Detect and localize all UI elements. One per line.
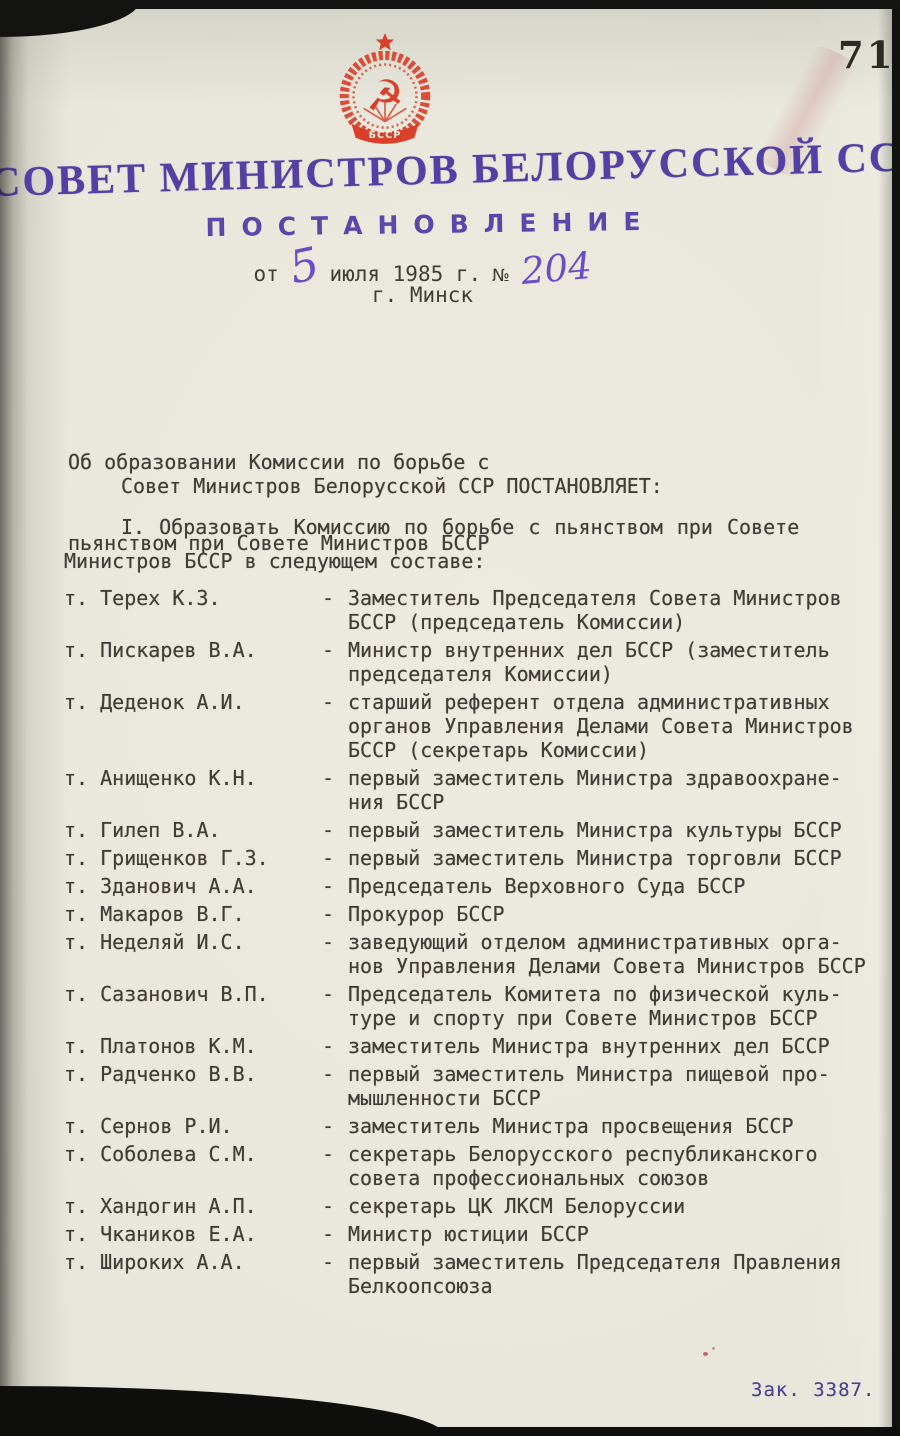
member-role-line: первый заместитель Министра культуры БСС…: [348, 818, 888, 842]
member-role: старший референт отдела административных…: [348, 690, 888, 762]
member-role: Председатель Комитета по физической куль…: [348, 982, 888, 1030]
dash-separator: -: [322, 846, 348, 870]
member-role-line: Председатель Верховного Суда БССР: [348, 874, 888, 898]
dash-separator: -: [322, 1222, 348, 1246]
member-row: т. Сернов Р.И.-заместитель Министра прос…: [64, 1114, 888, 1138]
member-row: т. Анищенко К.Н.-первый заместитель Мини…: [64, 766, 888, 814]
dash-separator: -: [322, 766, 348, 790]
member-row: т. Хандогин А.П.-секретарь ЦК ЛКСМ Белор…: [64, 1194, 888, 1218]
member-row: т. Гилеп В.А.-первый заместитель Министр…: [64, 818, 888, 842]
member-row: т. Грищенков Г.З.-первый заместитель Мин…: [64, 846, 888, 870]
member-name: т. Гилеп В.А.: [64, 818, 322, 842]
member-role-line: органов Управления Делами Совета Министр…: [348, 714, 888, 738]
ribbon-label: БССР: [369, 130, 402, 141]
member-name: т. Радченко В.В.: [64, 1062, 322, 1086]
member-role-line: секретарь Белорусского республиканского: [348, 1142, 888, 1166]
member-row: т. Широких А.А.-первый заместитель Предс…: [64, 1250, 888, 1298]
member-row: т. Чкаников Е.А.-Министр юстиции БССР: [64, 1222, 888, 1246]
member-name: т. Пискарев В.А.: [64, 638, 322, 662]
hammer-sickle-icon: ☭: [366, 71, 404, 121]
member-role: заместитель Министра внутренних дел БССР: [348, 1034, 888, 1058]
member-role-line: нов Управления Делами Совета Министров Б…: [348, 954, 888, 978]
member-role: заведующий отделом административных орга…: [348, 930, 888, 978]
member-role: первый заместитель Министра торговли БСС…: [348, 846, 888, 870]
member-name: т. Макаров В.Г.: [64, 902, 322, 926]
member-row: т. Макаров В.Г.-Прокурор БССР: [64, 902, 888, 926]
member-name: т. Грищенков Г.З.: [64, 846, 322, 870]
scan-edge-right: [892, 0, 900, 1436]
member-role: первый заместитель Министра культуры БСС…: [348, 818, 888, 842]
subject-line-1: Об образовании Комиссии по борьбе с: [68, 449, 489, 476]
member-role: первый заместитель Председателя Правлени…: [348, 1250, 888, 1298]
member-role-line: секретарь ЦК ЛКСМ Белоруссии: [348, 1194, 888, 1218]
member-name: т. Сазанович В.П.: [64, 982, 322, 1006]
dash-separator: -: [322, 1062, 348, 1086]
member-name: т. Терех К.З.: [64, 586, 322, 610]
member-role-line: первый заместитель Министра пищевой про-: [348, 1062, 888, 1086]
member-name: т. Анищенко К.Н.: [64, 766, 322, 790]
dash-separator: -: [322, 1114, 348, 1138]
member-role-line: туре и спорту при Совете Министров БССР: [348, 1006, 888, 1030]
member-role-line: ния БССР: [348, 790, 888, 814]
member-role-line: первый заместитель Министра здравоохране…: [348, 766, 888, 790]
member-name: т. Хандогин А.П.: [64, 1194, 322, 1218]
member-role-line: Председатель Комитета по физической куль…: [348, 982, 888, 1006]
member-name: т. Деденок А.И.: [64, 690, 322, 714]
member-role-line: заместитель Министра просвещения БССР: [348, 1114, 888, 1138]
member-role-line: Прокурор БССР: [348, 902, 888, 926]
member-name: т. Зданович А.А.: [64, 874, 322, 898]
member-role-line: первый заместитель Председателя Правлени…: [348, 1250, 888, 1274]
dash-separator: -: [322, 874, 348, 898]
member-role-line: БССР (секретарь Комиссии): [348, 738, 888, 762]
doc-type-title: ПОСТАНОВЛЕНИЕ: [8, 204, 853, 245]
member-role: первый заместитель Министра пищевой про-…: [348, 1062, 888, 1110]
dash-separator: -: [322, 1250, 348, 1274]
document-page: 71 ☭ БССР СОВЕТ МИНИСТРОВ БЕЛОРУССКОЙ СС…: [0, 0, 900, 1436]
member-role-line: мышленности БССР: [348, 1086, 888, 1110]
scan-edge-right-shadow: [878, 0, 892, 1436]
dash-separator: -: [322, 690, 348, 714]
item1-line1: I. Образовать Комиссию по борьбе с пьянс…: [121, 515, 799, 539]
subject-block: Об образовании Комиссии по борьбе с пьян…: [68, 395, 489, 611]
member-name: т. Сернов Р.И.: [64, 1114, 322, 1138]
member-role: Министр внутренних дел БССР (заместитель…: [348, 638, 888, 686]
dash-separator: -: [322, 902, 348, 926]
member-role-line: заместитель Министра внутренних дел БССР: [348, 1034, 888, 1058]
print-order-number: Зак. 3387.: [751, 1379, 875, 1401]
member-row: т. Пискарев В.А.-Министр внутренних дел …: [64, 638, 888, 686]
member-name: т. Широких А.А.: [64, 1250, 322, 1274]
member-role: Председатель Верховного Суда БССР: [348, 874, 888, 898]
member-name: т. Чкаников Е.А.: [64, 1222, 322, 1246]
member-role-line: Министр юстиции БССР: [348, 1222, 888, 1246]
scan-edge-left: [0, 0, 28, 1436]
member-row: т. Терех К.З.-Заместитель Председателя С…: [64, 586, 888, 634]
member-row: т. Зданович А.А.-Председатель Верховного…: [64, 874, 888, 898]
member-role-line: председателя Комиссии): [348, 662, 888, 686]
item1-line2: Министров БССР в следующем составе:: [64, 549, 485, 573]
dash-separator: -: [322, 586, 348, 610]
member-row: т. Соболева С.М.-секретарь Белорусского …: [64, 1142, 888, 1190]
member-role-line: БССР (председатель Комиссии): [348, 610, 888, 634]
dash-separator: -: [322, 1142, 348, 1166]
member-role: секретарь Белорусского республиканскогос…: [348, 1142, 888, 1190]
member-row: т. Платонов К.М.-заместитель Министра вн…: [64, 1034, 888, 1058]
red-speck: [712, 1347, 715, 1350]
member-role: заместитель Министра просвещения БССР: [348, 1114, 888, 1138]
member-name: т. Соболева С.М.: [64, 1142, 322, 1166]
resolution-clause: Совет Министров Белорусской ССР ПОСТАНОВ…: [121, 474, 663, 498]
member-row: т. Радченко В.В.-первый заместитель Мини…: [64, 1062, 888, 1110]
dash-separator: -: [322, 818, 348, 842]
member-name: т. Платонов К.М.: [64, 1034, 322, 1058]
dash-separator: -: [322, 1034, 348, 1058]
dash-separator: -: [322, 982, 348, 1006]
bssr-coat-of-arms: ☭ БССР: [329, 32, 441, 149]
member-role: Заместитель Председателя Совета Министро…: [348, 586, 888, 634]
member-role: Прокурор БССР: [348, 902, 888, 926]
member-role-line: старший референт отдела административных: [348, 690, 888, 714]
member-name: т. Неделяй И.С.: [64, 930, 322, 954]
member-role: Министр юстиции БССР: [348, 1222, 888, 1246]
member-role-line: Заместитель Председателя Совета Министро…: [348, 586, 888, 610]
member-row: т. Неделяй И.С.-заведующий отделом админ…: [64, 930, 888, 978]
member-row: т. Сазанович В.П.-Председатель Комитета …: [64, 982, 888, 1030]
city-line: г. Минск: [0, 283, 845, 307]
member-role-line: совета профессиональных союзов: [348, 1166, 888, 1190]
star-icon: [376, 33, 394, 50]
dash-separator: -: [322, 930, 348, 954]
member-role-line: Белкоопсоюза: [348, 1274, 888, 1298]
member-role: первый заместитель Министра здравоохране…: [348, 766, 888, 814]
scan-edge-bottom: [0, 1427, 900, 1436]
red-speck: [703, 1352, 708, 1356]
dash-separator: -: [322, 638, 348, 662]
member-row: т. Деденок А.И.-старший референт отдела …: [64, 690, 888, 762]
member-role-line: заведующий отделом административных орга…: [348, 930, 888, 954]
member-role-line: первый заместитель Министра торговли БСС…: [348, 846, 888, 870]
member-role-line: Министр внутренних дел БССР (заместитель: [348, 638, 888, 662]
date-line: от 5 июля 1985 г. № 204: [0, 243, 845, 288]
member-role: секретарь ЦК ЛКСМ Белоруссии: [348, 1194, 888, 1218]
dash-separator: -: [322, 1194, 348, 1218]
member-list: т. Терех К.З.-Заместитель Председателя С…: [64, 586, 888, 1302]
